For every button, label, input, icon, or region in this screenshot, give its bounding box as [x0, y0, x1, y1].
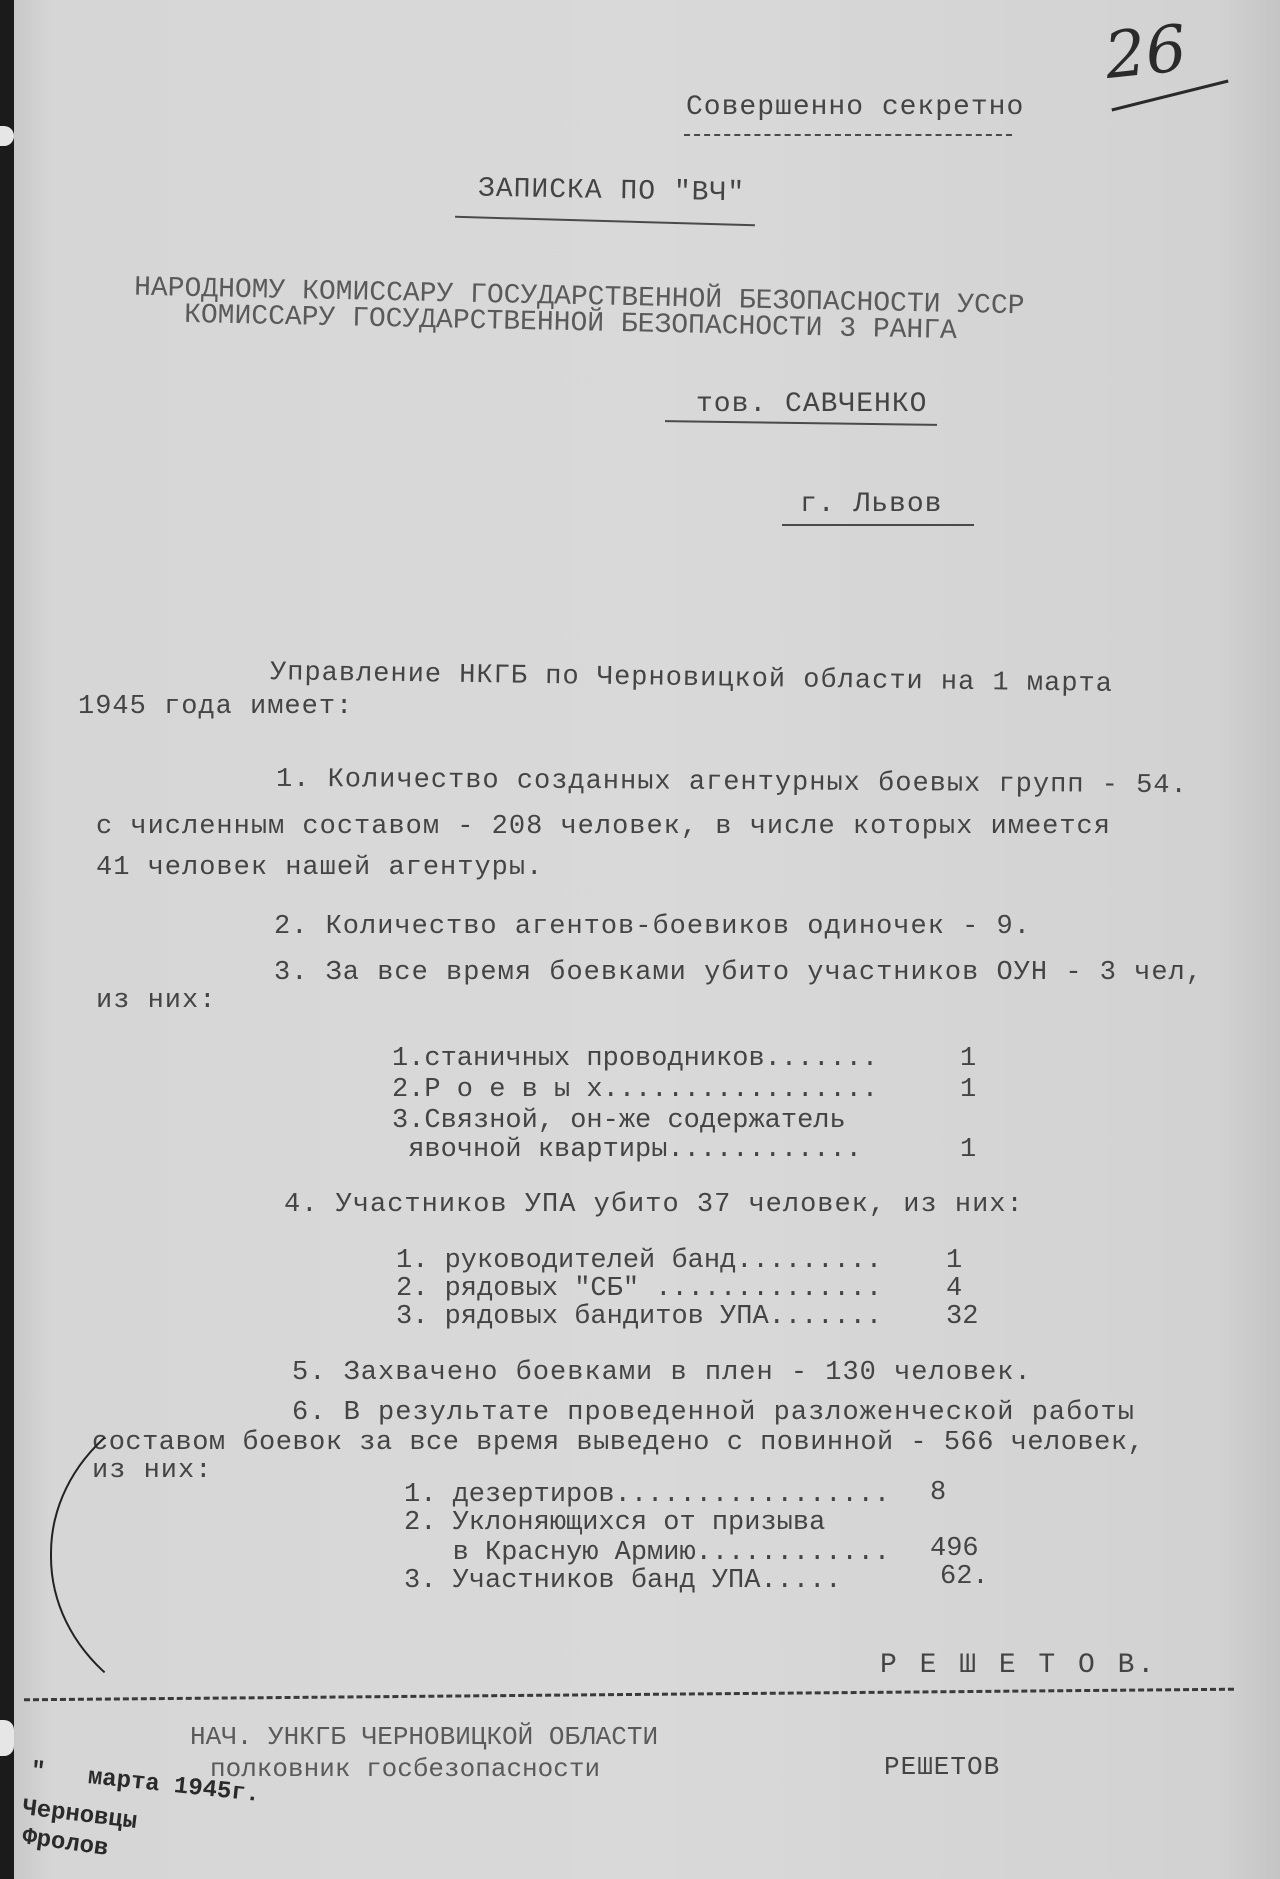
item-6-breakdown-4: 3. Участников банд УПА.....	[404, 1566, 841, 1596]
item-3-line-1: 3. За все время боевками убито участнико…	[274, 958, 1203, 988]
item-3-breakdown-4: явочной квартиры............	[392, 1135, 862, 1165]
footer-signature: РЕШЕТОВ	[884, 1752, 1000, 1782]
classification-underline	[684, 134, 1012, 136]
item-4-breakdown-3-value: 32	[946, 1302, 978, 1332]
item-6-breakdown-2: 2. Уклоняющихся от призыва	[404, 1508, 825, 1538]
item-4-breakdown-3: 3. рядовых бандитов УПА.......	[396, 1302, 882, 1332]
item-6-breakdown-1-value: 8	[930, 1478, 946, 1508]
item-6-breakdown-3-value: 496	[930, 1534, 979, 1564]
item-5-line-1: 5. Захвачено боевками в плен - 130 челов…	[292, 1358, 1032, 1388]
item-4-breakdown-2-value: 4	[946, 1274, 962, 1304]
intro-line-2: 1945 года имеет:	[78, 692, 353, 722]
footer-position-line-2: полковник госбезопасности	[210, 1754, 600, 1784]
document-title: ЗАПИСКА ПО "ВЧ"	[478, 174, 746, 210]
item-6-line-1: 6. В результате проведенной разложенческ…	[292, 1398, 1135, 1428]
footer-position-line-1: НАЧ. УНКГБ ЧЕРНОВИЦКОЙ ОБЛАСТИ	[190, 1722, 658, 1752]
item-3-breakdown-1-value: 1	[960, 1044, 976, 1074]
item-3-breakdown-2: 2.Р о е в ы х.................	[392, 1075, 878, 1105]
addressee-name: тов. САВЧЕНКО	[696, 389, 927, 420]
item-1-line-3: 41 человек нашей агентуры.	[96, 853, 543, 883]
item-4-breakdown-1-value: 1	[946, 1246, 962, 1276]
item-1-line-2: с численным составом - 208 человек, в чи…	[96, 812, 1111, 842]
item-6-breakdown-3: в Красную Армию............	[404, 1538, 890, 1568]
item-3-breakdown-3: 3.Связной, он-же содержатель	[392, 1106, 846, 1136]
item-6-breakdown-1: 1. дезертиров.................	[404, 1480, 890, 1510]
binding-notch	[0, 1720, 14, 1756]
item-3-line-2: из них:	[96, 986, 216, 1016]
item-2-line-1: 2. Количество агентов-боевиков одиночек …	[274, 912, 1031, 942]
signature-typed: Р Е Ш Е Т О В.	[880, 1650, 1157, 1681]
item-6-breakdown-4-value: 62.	[940, 1562, 989, 1592]
sheet-number: 26	[1101, 12, 1190, 94]
classification-label: Совершенно секретно	[686, 92, 1024, 123]
item-3-breakdown-4-value: 1	[960, 1135, 976, 1165]
item-4-breakdown-1: 1. руководителей банд.........	[396, 1246, 882, 1276]
item-4-breakdown-2: 2. рядовых "СБ" ..............	[396, 1274, 882, 1304]
item-3-breakdown-1: 1.станичных проводников.......	[392, 1044, 878, 1074]
item-3-breakdown-2-value: 1	[960, 1075, 976, 1105]
item-4-line-1: 4. Участников УПА убито 37 человек, из н…	[284, 1190, 1024, 1220]
addressee-city: г. Львов	[800, 489, 942, 520]
binding-edge	[0, 0, 14, 1879]
addressee-city-underline	[782, 524, 974, 526]
item-1-line-1: 1. Количество созданных агентурных боевы…	[276, 765, 1188, 801]
